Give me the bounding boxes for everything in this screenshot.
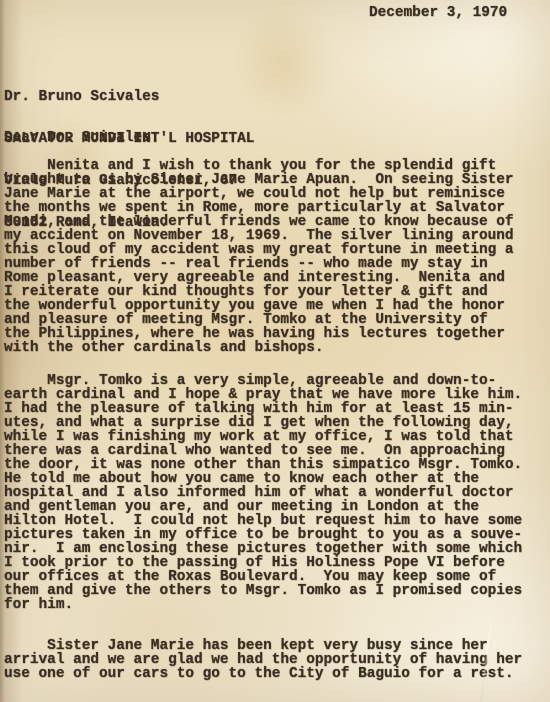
letter-date: December 3, 1970 [369, 6, 507, 20]
body-paragraph-2: Msgr. Tomko is a very simple, agreeable … [4, 374, 522, 612]
letter-page: December 3, 1970 Dr. Bruno Scivales SALV… [0, 0, 550, 702]
body-paragraph-3: Sister Jane Marie has been kept very bus… [4, 639, 522, 681]
recipient-name: Dr. Bruno Scivales [4, 90, 254, 104]
body-paragraph-1: Nenita and I wish to thank you for the s… [4, 159, 514, 355]
salutation: Dear Dr. Scivales: [4, 131, 159, 145]
